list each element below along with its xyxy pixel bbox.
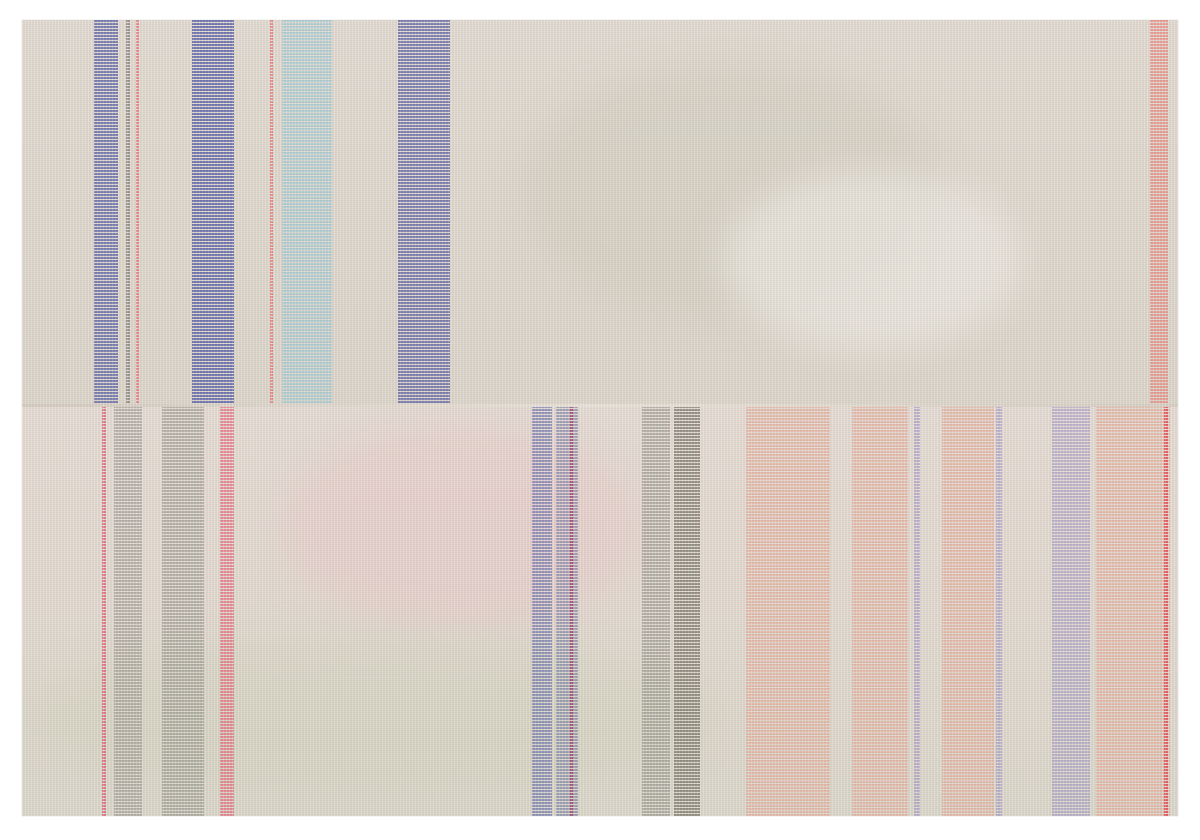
rug-stripe bbox=[114, 406, 142, 816]
rug-bottom-panel bbox=[22, 406, 1178, 816]
fade-wash bbox=[522, 60, 942, 320]
rug-stripe bbox=[398, 20, 450, 406]
rug-stripe bbox=[220, 406, 234, 816]
rug-stripe bbox=[674, 406, 700, 816]
rug-stripe bbox=[192, 20, 234, 406]
rug-stripe bbox=[746, 406, 830, 816]
rug-stripe bbox=[852, 406, 908, 816]
rug-stripe bbox=[162, 406, 204, 816]
rug-stripe bbox=[532, 406, 552, 816]
rug-stripe bbox=[942, 406, 994, 816]
rug-stripe bbox=[136, 20, 139, 406]
rug-stripe bbox=[556, 406, 578, 816]
rug-top-panel bbox=[22, 20, 1178, 406]
rug-stripe bbox=[1164, 406, 1168, 816]
rug-stripe bbox=[1052, 406, 1090, 816]
rug-stripe bbox=[570, 406, 573, 816]
rug-stripe bbox=[282, 20, 332, 406]
rug-stripe bbox=[126, 20, 130, 406]
rug-stripe bbox=[1150, 20, 1168, 406]
rug-stripe bbox=[94, 20, 118, 406]
rug-stripe bbox=[642, 406, 670, 816]
fade-wash bbox=[282, 426, 642, 626]
rug-stripe bbox=[102, 406, 106, 816]
fade-wash bbox=[722, 170, 1022, 350]
rug-stripe bbox=[996, 406, 1002, 816]
kilim-rug bbox=[22, 20, 1178, 816]
rug-stripe bbox=[270, 20, 273, 406]
rug-stripe bbox=[914, 406, 920, 816]
rug-stripe bbox=[1096, 406, 1170, 816]
panel-seam bbox=[22, 404, 1178, 407]
